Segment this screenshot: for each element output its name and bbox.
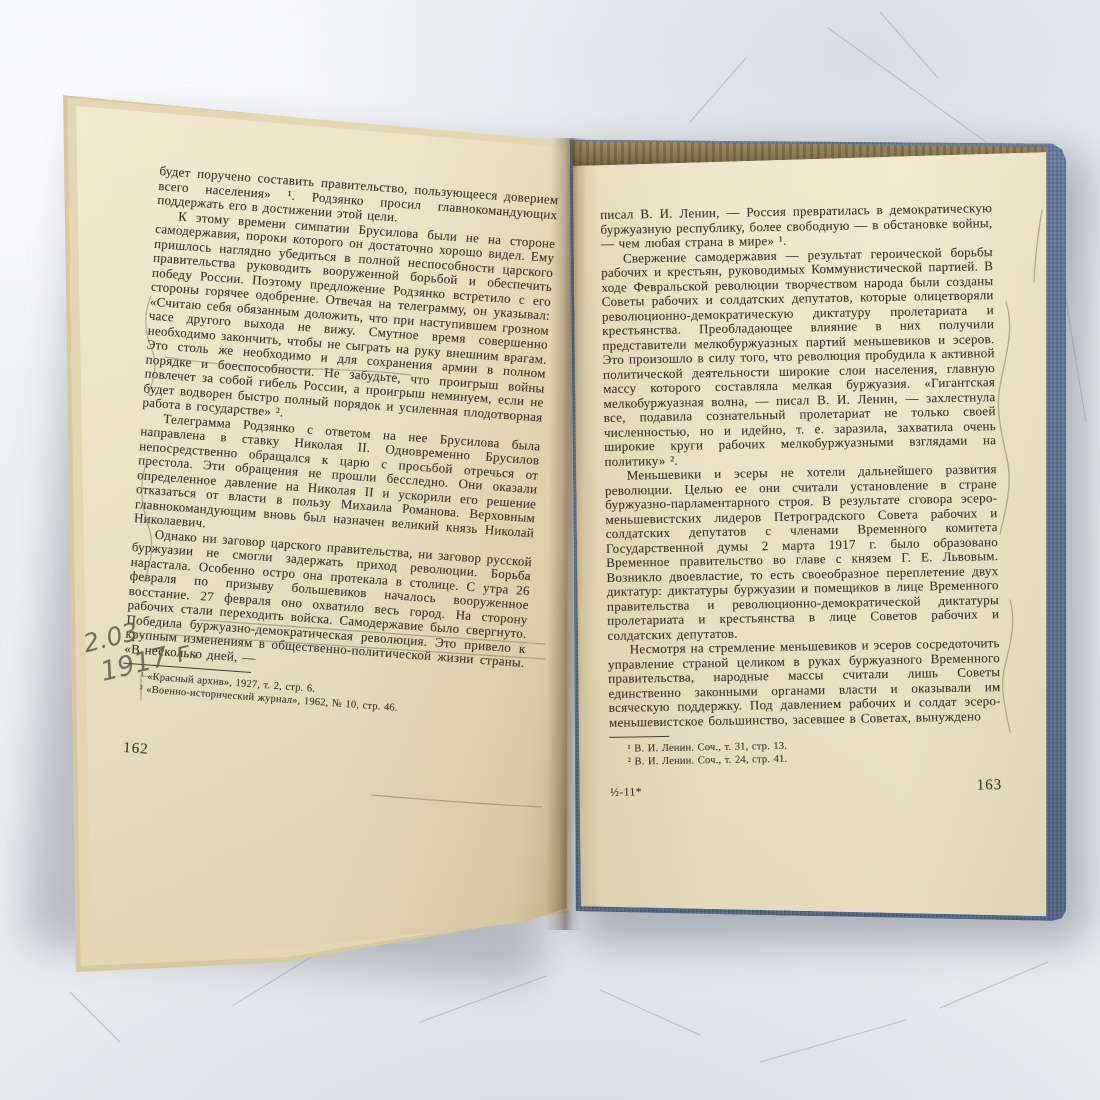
page-number: 162	[123, 741, 517, 784]
footnote-separator	[609, 736, 669, 738]
paragraph: Свержение самодержавия — результат герои…	[601, 245, 997, 469]
paragraph: Меньшевики и эсеры не хотели дальнейшего…	[605, 462, 1000, 643]
photo-of-open-book: будет поручено составить правительство, …	[0, 0, 1100, 1100]
right-page-text: писал В. И. Ленин, — Россия превратилась…	[600, 201, 1002, 800]
page-number: 163	[977, 778, 1003, 793]
page-footer-row: ½-11* 163	[610, 778, 1002, 800]
paragraph: Несмотря на стремление меньшевиков и эсе…	[608, 636, 1001, 730]
signature-mark: ½-11*	[610, 785, 642, 800]
right-page: писал В. И. Ленин, — Россия превратилась…	[570, 150, 1048, 920]
paragraph: писал В. И. Ленин, — Россия превратилась…	[600, 201, 993, 251]
left-page-text: будет поручено составить правительство, …	[117, 164, 559, 784]
paragraph: К этому времени симпатии Брусилова были …	[142, 207, 556, 439]
left-page: будет поручено составить правительство, …	[70, 98, 575, 973]
